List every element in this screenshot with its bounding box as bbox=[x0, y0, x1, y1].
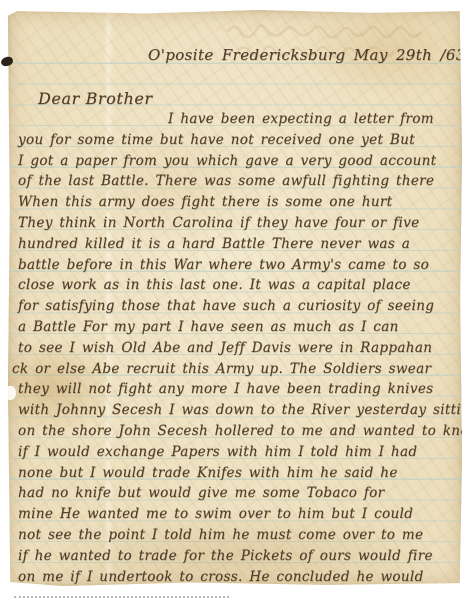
letter-line: not see the point I told him he must com… bbox=[18, 525, 460, 546]
letter-line: on me if I undertook to cross. He conclu… bbox=[18, 567, 460, 588]
letter-line: They think in North Carolina if they hav… bbox=[18, 213, 460, 234]
letter-line: I got a paper from you which gave a very… bbox=[18, 151, 460, 172]
letter-line: battle before in this War where two Army… bbox=[18, 255, 460, 276]
letter-line: to see I wish Old Abe and Jeff Davis wer… bbox=[18, 338, 460, 359]
letter-body: I have been expecting a letter from you … bbox=[18, 109, 460, 587]
letter-line: none but I would trade Knifes with him h… bbox=[18, 463, 460, 484]
letter-dateline: O'posite Fredericksburg May 29th /63 bbox=[148, 46, 466, 64]
letter-line: on the shore John Secesh hollered to me … bbox=[18, 421, 460, 442]
letter-salutation: Dear Brother bbox=[38, 89, 153, 108]
letter-line: had no knife but would give me some Toba… bbox=[18, 483, 460, 504]
letter-line: of the last Battle. There was some awful… bbox=[18, 171, 460, 192]
letter-line: they will not fight any more I have been… bbox=[18, 379, 460, 400]
letter-line: When this army does fight there is some … bbox=[18, 192, 460, 213]
letter-line: mine He wanted me to swim over to him bu… bbox=[18, 504, 460, 525]
letter-line: if I would exchange Papers with him I to… bbox=[18, 442, 460, 463]
letter-line: close work as in this last one. It was a… bbox=[18, 275, 460, 296]
letter-line: ck or else Abe recruit this Army up. The… bbox=[12, 359, 460, 380]
letter-line: for satisfying those that have such a cu… bbox=[18, 296, 460, 317]
letter-line: if he wanted to trade for the Pickets of… bbox=[18, 546, 460, 567]
letter-line: you for some time but have not received … bbox=[18, 130, 460, 151]
letter-paper: O'posite Fredericksburg May 29th /63 Dea… bbox=[8, 10, 462, 586]
letter-line: hundred killed it is a hard Battle There… bbox=[18, 234, 460, 255]
letter-line: with Johnny Secesh I was down to the Riv… bbox=[18, 400, 460, 421]
scan-artifact-dots bbox=[14, 596, 229, 598]
scan-background: O'posite Fredericksburg May 29th /63 Dea… bbox=[0, 0, 468, 600]
torn-edge-notch bbox=[6, 386, 16, 400]
letter-line: I have been expecting a letter from bbox=[18, 109, 460, 130]
letter-line: a Battle For my part I have seen as much… bbox=[18, 317, 460, 338]
